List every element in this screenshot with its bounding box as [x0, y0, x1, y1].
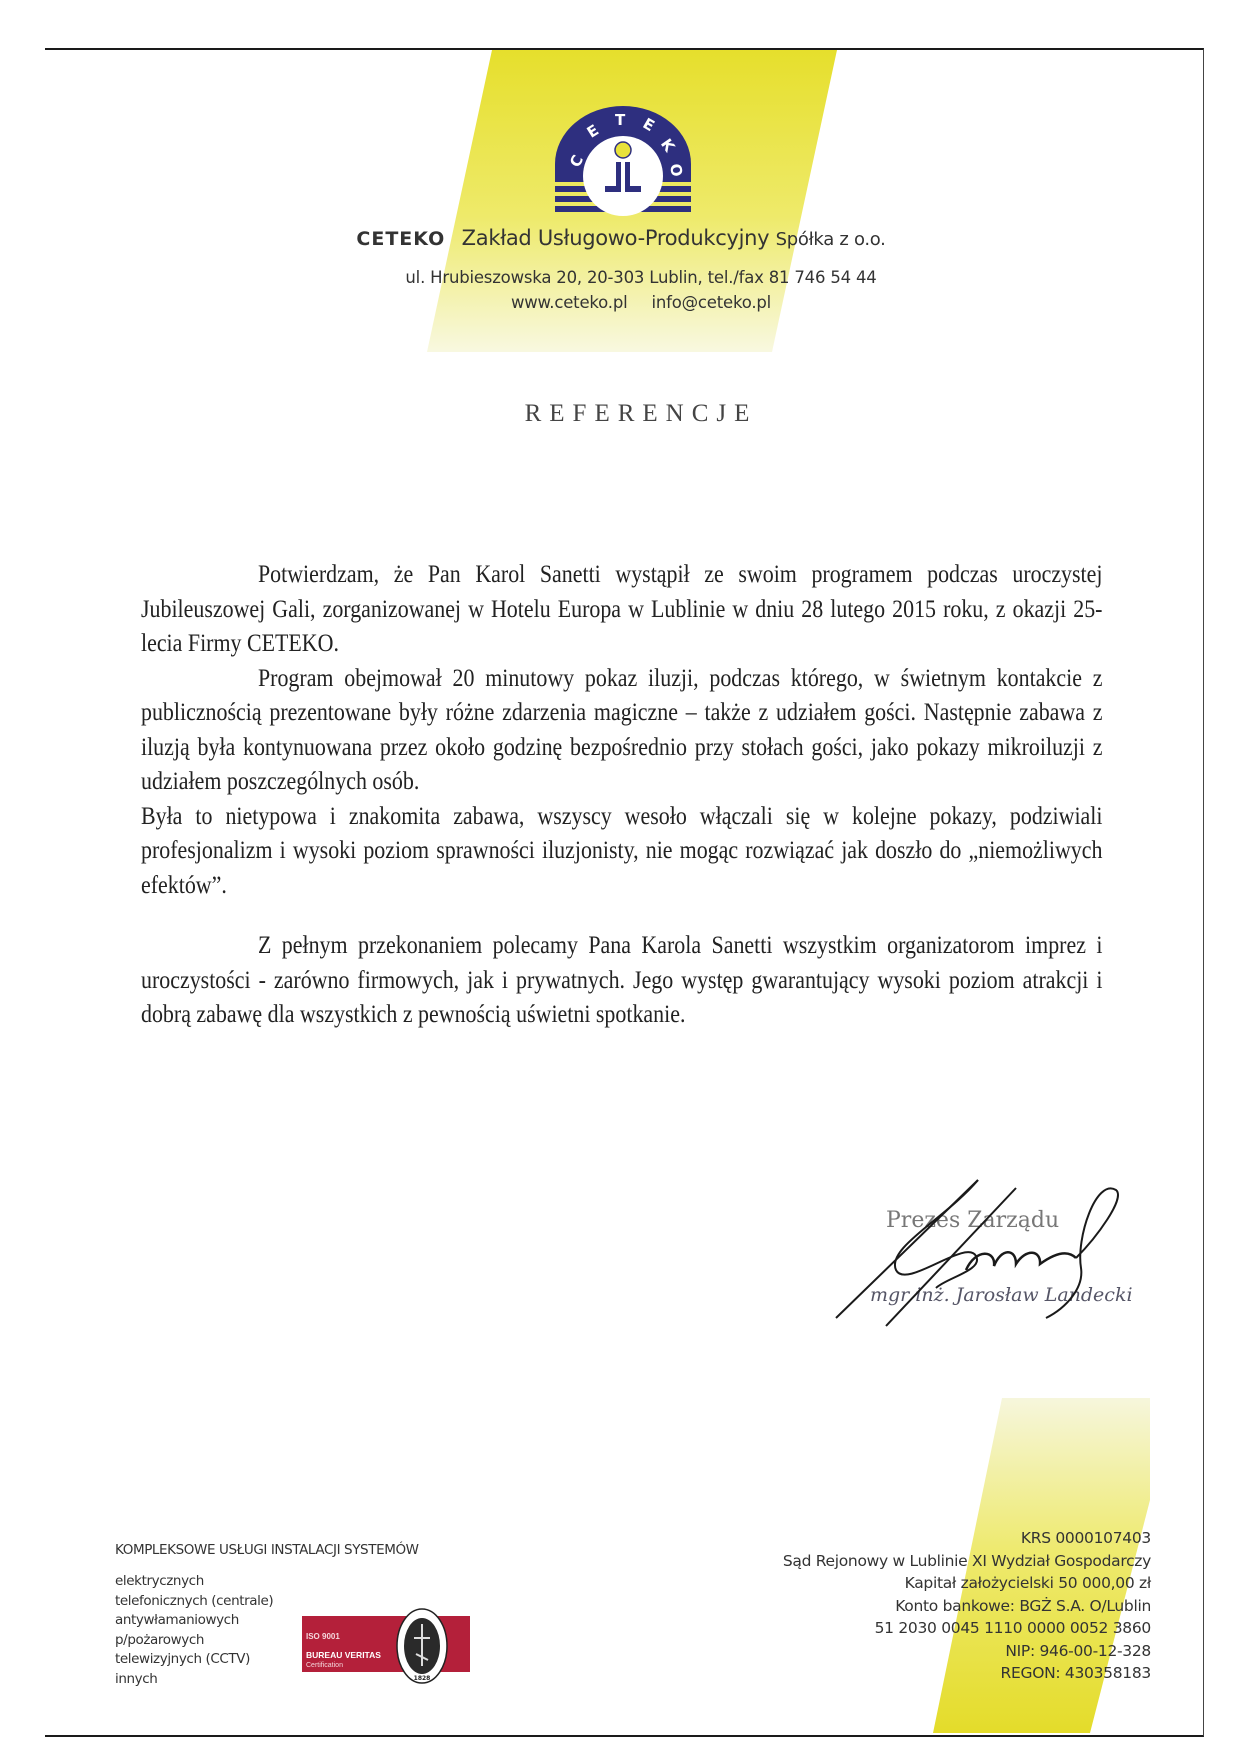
- company-contact: www.ceteko.plinfo@ceteko.pl: [0, 293, 1242, 312]
- company-address: ul. Hrubieszowska 20, 20-303 Lublin, tel…: [0, 268, 1242, 287]
- legal-info: KRS 0000107403 Sąd Rejonowy w Lublinie X…: [783, 1527, 1151, 1685]
- service-item: telefonicznych (centrale): [115, 1592, 273, 1612]
- service-item: innych: [115, 1670, 273, 1690]
- paragraph-4: Z pełnym przekonaniem polecamy Pana Karo…: [141, 928, 1102, 1032]
- share-capital: Kapitał założycielski 50 000,00 zł: [783, 1572, 1151, 1595]
- handwritten-signature: [826, 1178, 1146, 1328]
- svg-text:1828: 1828: [414, 1675, 431, 1682]
- bank-name: Konto bankowe: BGŻ S.A. O/Lublin: [783, 1595, 1151, 1618]
- krs-number: KRS 0000107403: [783, 1527, 1151, 1550]
- company-suffix: Spółka z o.o.: [776, 229, 886, 250]
- paragraph-1: Potwierdzam, że Pan Karol Sanetti wystąp…: [141, 557, 1102, 661]
- bank-account: 51 2030 0045 1110 0000 0052 3860: [783, 1617, 1151, 1640]
- company-name: Zakład Usługowo-Produkcyjny: [462, 226, 770, 250]
- court-registry: Sąd Rejonowy w Lublinie XI Wydział Gospo…: [783, 1550, 1151, 1573]
- paragraph-3: Była to nietypowa i znakomita zabawa, ws…: [141, 799, 1102, 903]
- svg-text:T: T: [615, 111, 626, 129]
- letter-body: Potwierdzam, że Pan Karol Sanetti wystąp…: [141, 557, 968, 1032]
- service-item: elektrycznych: [115, 1572, 273, 1592]
- service-item: antywłamaniowych: [115, 1611, 273, 1631]
- bureau-veritas-seal-icon: 1828: [396, 1608, 448, 1684]
- services-list: elektrycznych telefonicznych (centrale) …: [115, 1572, 273, 1689]
- nip-number: NIP: 946-00-12-328: [783, 1640, 1151, 1663]
- ceteko-logo: C E T E K O: [553, 106, 693, 218]
- paragraph-2: Program obejmował 20 minutowy pokaz iluz…: [141, 661, 1102, 799]
- brand-name: CETEKO: [356, 228, 445, 250]
- document-title: REFERENCJE: [0, 400, 1242, 428]
- email-link[interactable]: info@ceteko.pl: [651, 293, 771, 312]
- service-item: telewizyjnych (CCTV): [115, 1650, 273, 1670]
- company-name-line: CETEKO Zakład Usługowo-Produkcyjny Spółk…: [0, 226, 1242, 250]
- services-heading: KOMPLEKSOWE USŁUGI INSTALACJI SYSTEMÓW: [115, 1542, 419, 1558]
- iso-certification-badge: ISO 9001 BUREAU VERITAS Certification 18…: [302, 1608, 470, 1672]
- certification-label: Certification: [306, 1662, 343, 1669]
- regon-number: REGON: 430358183: [783, 1662, 1151, 1685]
- certifier-name: BUREAU VERITAS: [306, 1650, 381, 1660]
- iso-label: ISO 9001: [306, 1632, 340, 1641]
- website-link[interactable]: www.ceteko.pl: [511, 293, 628, 312]
- service-item: p/pożarowych: [115, 1631, 273, 1651]
